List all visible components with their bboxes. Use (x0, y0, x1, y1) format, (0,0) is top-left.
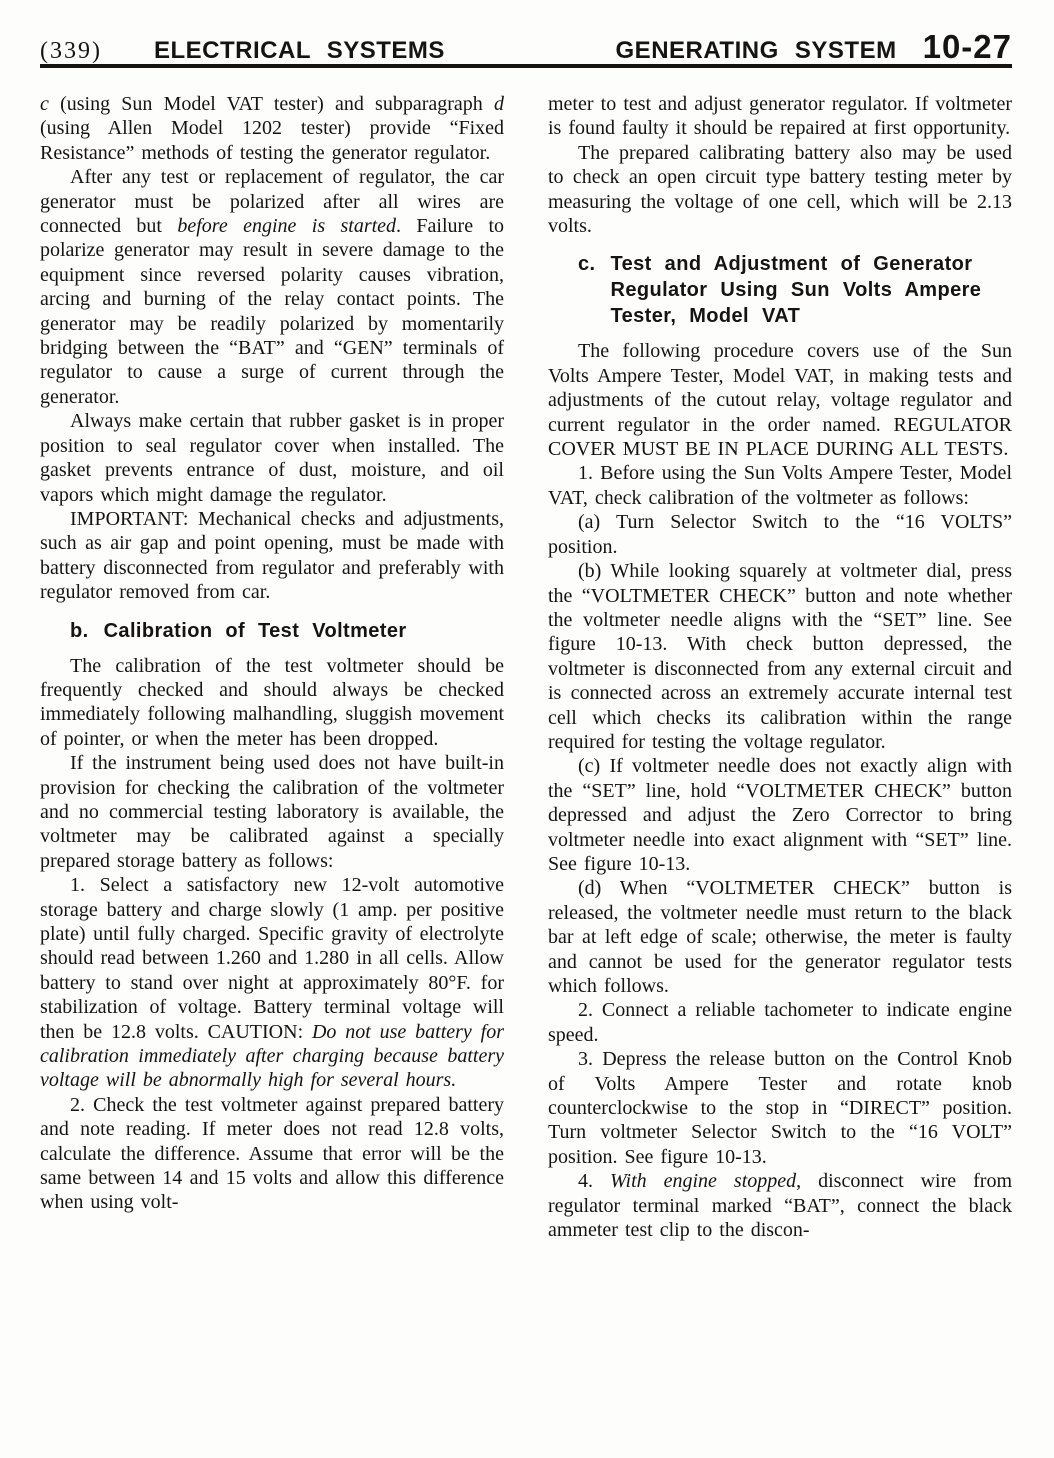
paragraph: (a) Turn Selector Switch to the “16 VOLT… (548, 510, 1012, 559)
page-header: (339) ELECTRICAL SYSTEMS GENERATING SYST… (40, 28, 1012, 66)
text-run: (using Sun Model VAT tester) and subpara… (49, 93, 494, 115)
text-run: . Failure to polarize generator may resu… (40, 215, 504, 408)
header-left: (339) ELECTRICAL SYSTEMS (40, 37, 445, 65)
left-column: c (using Sun Model VAT tester) and subpa… (40, 92, 504, 1242)
paragraph: (c) If voltmeter needle does not exactly… (548, 754, 1012, 876)
italic-text-run: c (40, 93, 49, 115)
text-run: The prepared calibrating battery also ma… (548, 142, 1012, 237)
paragraph: 1. Select a satisfactory new 12-volt aut… (40, 873, 504, 1093)
header-right: GENERATING SYSTEM 10-27 (616, 28, 1012, 66)
text-run: (d) When “VOLTMETER CHECK” button is rel… (548, 877, 1012, 997)
text-run: Always make certain that rubber gasket i… (40, 410, 504, 505)
paragraph: 2. Check the test voltmeter against prep… (40, 1093, 504, 1215)
italic-text-run: before engine is started (177, 215, 396, 237)
section-title: Calibration of Test Voltmeter (104, 618, 504, 644)
paragraph: meter to test and adjust generator regul… (548, 92, 1012, 141)
paragraph: c (using Sun Model VAT tester) and subpa… (40, 92, 504, 165)
text-run: meter to test and adjust generator regul… (548, 93, 1012, 139)
section-letter: b. (70, 618, 89, 644)
text-run: The calibration of the test voltmeter sh… (40, 655, 504, 750)
text-run: (a) Turn Selector Switch to the “16 VOLT… (548, 511, 1012, 557)
paragraph: (d) When “VOLTMETER CHECK” button is rel… (548, 876, 1012, 998)
manual-page: (339) ELECTRICAL SYSTEMS GENERATING SYST… (0, 0, 1054, 1458)
running-title-right: GENERATING SYSTEM (616, 37, 897, 65)
paragraph: The calibration of the test voltmeter sh… (40, 654, 504, 752)
paragraph: (b) While looking squarely at voltmeter … (548, 559, 1012, 754)
paragraph: 3. Depress the release button on the Con… (548, 1047, 1012, 1169)
right-column: meter to test and adjust generator regul… (548, 92, 1012, 1242)
header-rule (40, 64, 1012, 68)
text-run: 1. Before using the Sun Volts Ampere Tes… (548, 462, 1012, 508)
paragraph: 2. Connect a reliable tachometer to indi… (548, 998, 1012, 1047)
paragraph: The prepared calibrating battery also ma… (548, 141, 1012, 239)
text-run: IMPORTANT: Mechanical checks and adjustm… (40, 508, 504, 603)
text-run: 2. Check the test voltmeter against prep… (40, 1094, 504, 1214)
text-run: The following procedure covers use of th… (548, 340, 1012, 460)
running-title-left: ELECTRICAL SYSTEMS (154, 37, 445, 65)
italic-text-run: d (494, 93, 504, 115)
text-run: 2. Connect a reliable tachometer to indi… (548, 999, 1012, 1045)
section-heading: b.Calibration of Test Voltmeter (70, 618, 504, 644)
section-letter: c. (578, 251, 595, 329)
paragraph: IMPORTANT: Mechanical checks and adjustm… (40, 507, 504, 605)
folio-number: (339) (40, 38, 102, 65)
paragraph: After any test or replacement of regulat… (40, 165, 504, 409)
section-title: Test and Adjustment of Generator Regulat… (610, 251, 1012, 329)
paragraph: Always make certain that rubber gasket i… (40, 409, 504, 507)
paragraph: The following procedure covers use of th… (548, 339, 1012, 461)
page-body: c (using Sun Model VAT tester) and subpa… (40, 92, 1012, 1242)
text-run: (b) While looking squarely at voltmeter … (548, 560, 1012, 753)
italic-text-run: With engine stopped (610, 1170, 796, 1192)
text-run: (using Allen Model 1202 tester) provide … (40, 117, 504, 163)
text-run: If the instrument being used does not ha… (40, 752, 504, 872)
text-run: 1. Select a satisfactory new 12-volt aut… (40, 874, 504, 1042)
section-heading: c.Test and Adjustment of Generator Regul… (578, 251, 1012, 329)
paragraph: If the instrument being used does not ha… (40, 751, 504, 873)
text-run: 3. Depress the release button on the Con… (548, 1048, 1012, 1168)
paragraph: 4. With engine stopped, disconnect wire … (548, 1169, 1012, 1242)
text-run: 4. (578, 1170, 610, 1192)
text-run: (c) If voltmeter needle does not exactly… (548, 755, 1012, 875)
paragraph: 1. Before using the Sun Volts Ampere Tes… (548, 461, 1012, 510)
page-number: 10-27 (923, 28, 1012, 66)
